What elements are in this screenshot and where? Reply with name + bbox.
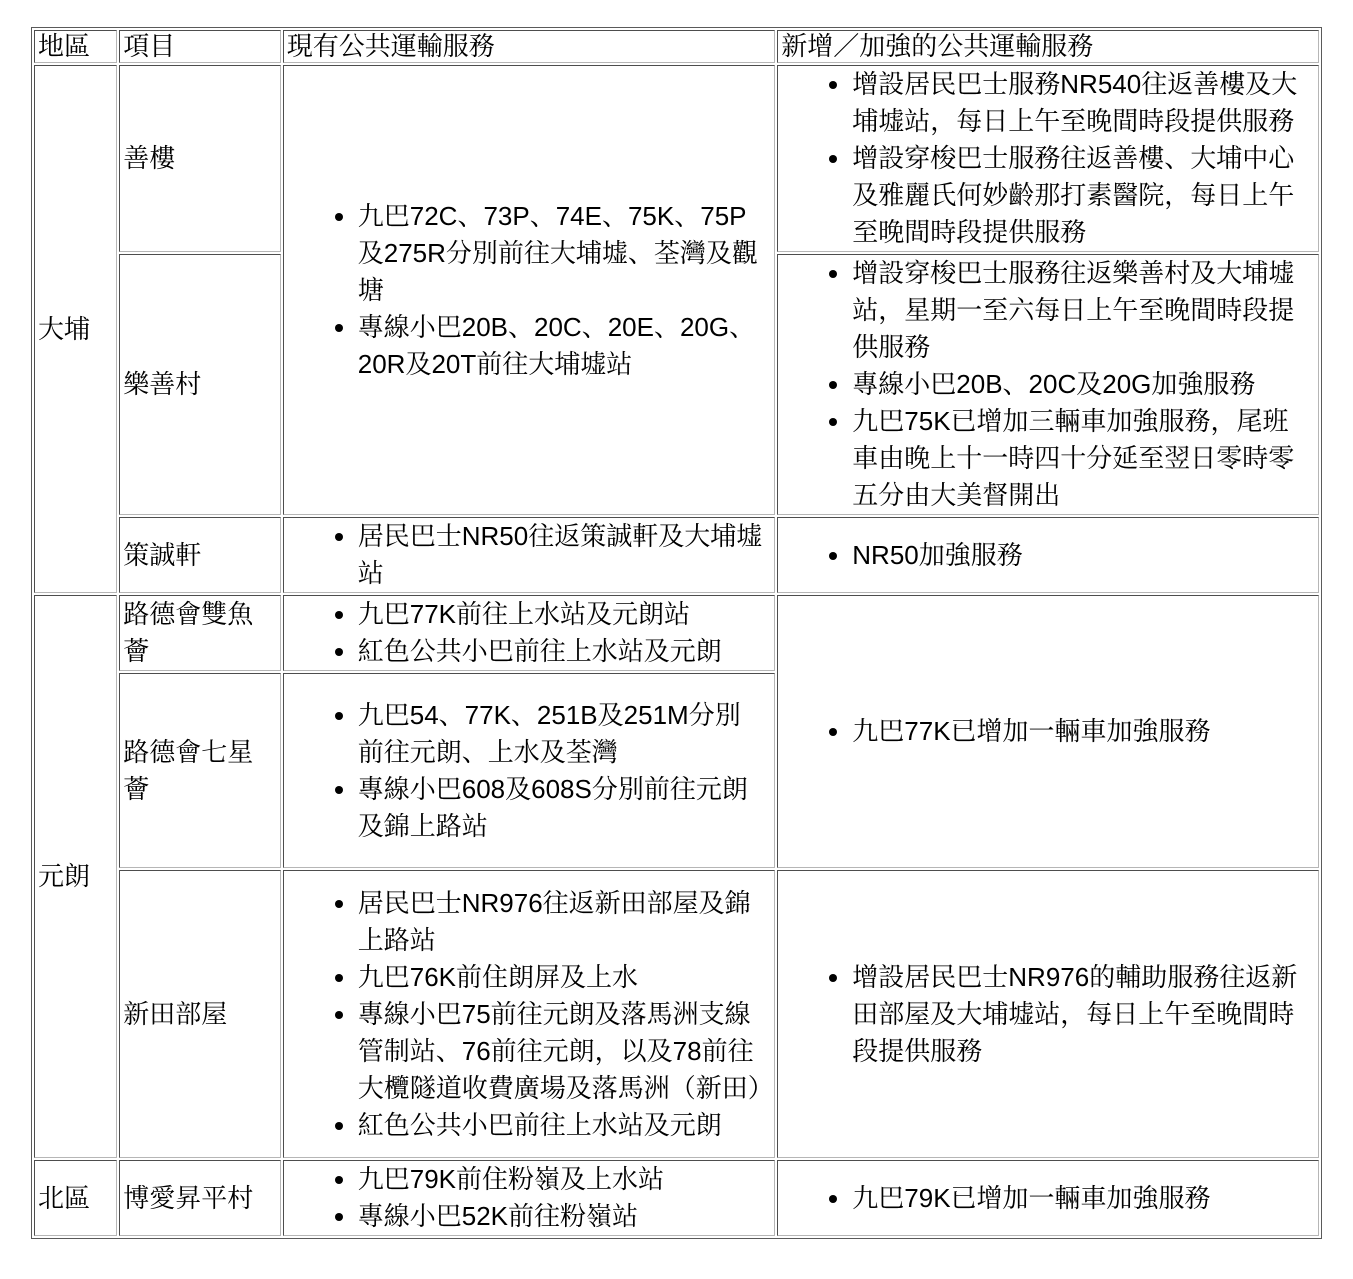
new-services-cell-sheungyu-tsatsing: 九巴77K已增加一輛車加強服務 <box>777 595 1319 868</box>
new-services-list: 增設穿梭巴士服務往返樂善村及大埔墟站，星期一至六每日上午至晚間時段提供服務 專線… <box>781 255 1315 514</box>
table-row: 元朗 路德會雙魚薈 九巴77K前往上水站及元朗站 紅色公共小巴前往上水站及元朗 … <box>34 595 1319 671</box>
district-cell-yuenlong: 元朗 <box>34 595 117 1158</box>
service-bullet: 專線小巴20B、20C、20E、20G、20R及20T前往大埔墟站 <box>358 309 766 383</box>
service-bullet: 九巴54、77K、251B及251M分別前往元朗、上水及荃灣 <box>358 697 766 771</box>
new-services-list: 增設居民巴士服務NR540往返善樓及大埔墟站，每日上午至晚間時段提供服務 增設穿… <box>781 66 1315 251</box>
service-bullet: 九巴76K前住朗屏及上水 <box>358 959 766 996</box>
new-services-list: NR50加強服務 <box>781 537 1315 574</box>
header-existing-services: 現有公共運輸服務 <box>283 30 776 63</box>
header-new-services: 新增／加強的公共運輸服務 <box>777 30 1319 63</box>
service-bullet: NR50加強服務 <box>852 537 1309 574</box>
service-bullet: 紅色公共小巴前往上水站及元朗 <box>358 1107 766 1144</box>
service-bullet: 專線小巴75前往元朗及落馬洲支線管制站、76前往元朗，以及78前往大欖隧道收費廣… <box>358 996 766 1107</box>
service-bullet: 九巴72C、73P、74E、75K、75P及275R分別前往大埔墟、荃灣及觀塘 <box>358 198 766 309</box>
service-bullet: 九巴77K已增加一輛車加強服務 <box>852 713 1309 750</box>
item-cell-sinlau: 善樓 <box>119 65 281 252</box>
service-bullet: 居民巴士NR50往返策誠軒及大埔墟站 <box>358 518 766 592</box>
table-row: 大埔 善樓 九巴72C、73P、74E、75K、75P及275R分別前往大埔墟、… <box>34 65 1319 252</box>
page: 地區 項目 現有公共運輸服務 新增／加強的公共運輸服務 大埔 善樓 九巴72C、… <box>0 0 1353 1239</box>
service-bullet: 增設居民巴士服務NR540往返善樓及大埔墟站，每日上午至晚間時段提供服務 <box>852 66 1309 140</box>
service-bullet: 九巴79K前住粉嶺及上水站 <box>358 1161 766 1198</box>
existing-services-cell-tsatsing: 九巴54、77K、251B及251M分別前往元朗、上水及荃灣 專線小巴608及6… <box>283 673 776 868</box>
existing-services-list: 居民巴士NR50往返策誠軒及大埔墟站 <box>287 518 772 592</box>
item-cell-tsatsing: 路德會七星薈 <box>119 673 281 868</box>
header-item: 項目 <box>119 30 281 63</box>
existing-services-cell-santin: 居民巴士NR976往返新田部屋及錦上路站 九巴76K前住朗屏及上水 專線小巴75… <box>283 870 776 1158</box>
new-services-cell-chakshing: NR50加強服務 <box>777 517 1319 593</box>
service-bullet: 九巴79K已增加一輛車加強服務 <box>852 1180 1309 1217</box>
service-bullet: 專線小巴608及608S分別前往元朗及錦上路站 <box>358 771 766 845</box>
item-cell-sheungyu: 路德會雙魚薈 <box>119 595 281 671</box>
table-row: 新田部屋 居民巴士NR976往返新田部屋及錦上路站 九巴76K前住朗屏及上水 專… <box>34 870 1319 1158</box>
new-services-list: 增設居民巴士NR976的輔助服務往返新田部屋及大埔墟站，每日上午至晚間時段提供服… <box>781 959 1315 1070</box>
service-bullet: 紅色公共小巴前往上水站及元朗 <box>358 633 766 670</box>
existing-services-list: 居民巴士NR976往返新田部屋及錦上路站 九巴76K前住朗屏及上水 專線小巴75… <box>287 885 772 1144</box>
existing-services-cell-pokoi: 九巴79K前住粉嶺及上水站 專線小巴52K前往粉嶺站 <box>283 1160 776 1236</box>
new-services-cell-pokoi: 九巴79K已增加一輛車加強服務 <box>777 1160 1319 1236</box>
district-cell-north: 北區 <box>34 1160 117 1236</box>
district-cell-taipo: 大埔 <box>34 65 117 593</box>
item-cell-santin: 新田部屋 <box>119 870 281 1158</box>
existing-services-cell-chakshing: 居民巴士NR50往返策誠軒及大埔墟站 <box>283 517 776 593</box>
table-row: 北區 博愛昇平村 九巴79K前住粉嶺及上水站 專線小巴52K前往粉嶺站 九巴79… <box>34 1160 1319 1236</box>
new-services-cell-loksin: 增設穿梭巴士服務往返樂善村及大埔墟站，星期一至六每日上午至晚間時段提供服務 專線… <box>777 254 1319 515</box>
new-services-cell-sinlau: 增設居民巴士服務NR540往返善樓及大埔墟站，每日上午至晚間時段提供服務 增設穿… <box>777 65 1319 252</box>
existing-services-list: 九巴72C、73P、74E、75K、75P及275R分別前往大埔墟、荃灣及觀塘 … <box>287 198 772 383</box>
service-bullet: 增設穿梭巴士服務往返樂善村及大埔墟站，星期一至六每日上午至晚間時段提供服務 <box>852 255 1309 366</box>
transport-services-table: 地區 項目 現有公共運輸服務 新增／加強的公共運輸服務 大埔 善樓 九巴72C、… <box>31 27 1322 1239</box>
table-row: 策誠軒 居民巴士NR50往返策誠軒及大埔墟站 NR50加強服務 <box>34 517 1319 593</box>
header-row: 地區 項目 現有公共運輸服務 新增／加強的公共運輸服務 <box>34 30 1319 63</box>
existing-services-cell-sinlau-loksin: 九巴72C、73P、74E、75K、75P及275R分別前往大埔墟、荃灣及觀塘 … <box>283 65 776 515</box>
new-services-list: 九巴79K已增加一輛車加強服務 <box>781 1180 1315 1217</box>
service-bullet: 居民巴士NR976往返新田部屋及錦上路站 <box>358 885 766 959</box>
service-bullet: 增設穿梭巴士服務往返善樓、大埔中心及雅麗氏何妙齡那打素醫院，每日上午至晚間時段提… <box>852 140 1309 251</box>
new-services-list: 九巴77K已增加一輛車加強服務 <box>781 713 1315 750</box>
existing-services-list: 九巴54、77K、251B及251M分別前往元朗、上水及荃灣 專線小巴608及6… <box>287 697 772 845</box>
service-bullet: 九巴77K前往上水站及元朗站 <box>358 596 766 633</box>
existing-services-list: 九巴77K前往上水站及元朗站 紅色公共小巴前往上水站及元朗 <box>287 596 772 670</box>
item-cell-pokoi: 博愛昇平村 <box>119 1160 281 1236</box>
new-services-cell-santin: 增設居民巴士NR976的輔助服務往返新田部屋及大埔墟站，每日上午至晚間時段提供服… <box>777 870 1319 1158</box>
service-bullet: 專線小巴20B、20C及20G加強服務 <box>852 366 1309 403</box>
existing-services-list: 九巴79K前住粉嶺及上水站 專線小巴52K前往粉嶺站 <box>287 1161 772 1235</box>
header-district: 地區 <box>34 30 117 63</box>
service-bullet: 專線小巴52K前往粉嶺站 <box>358 1198 766 1235</box>
item-cell-chakshing: 策誠軒 <box>119 517 281 593</box>
service-bullet: 九巴75K已增加三輛車加強服務，尾班車由晚上十一時四十分延至翌日零時零五分由大美… <box>852 403 1309 514</box>
existing-services-cell-sheungyu: 九巴77K前往上水站及元朗站 紅色公共小巴前往上水站及元朗 <box>283 595 776 671</box>
service-bullet: 增設居民巴士NR976的輔助服務往返新田部屋及大埔墟站，每日上午至晚間時段提供服… <box>852 959 1309 1070</box>
item-cell-loksin: 樂善村 <box>119 254 281 515</box>
